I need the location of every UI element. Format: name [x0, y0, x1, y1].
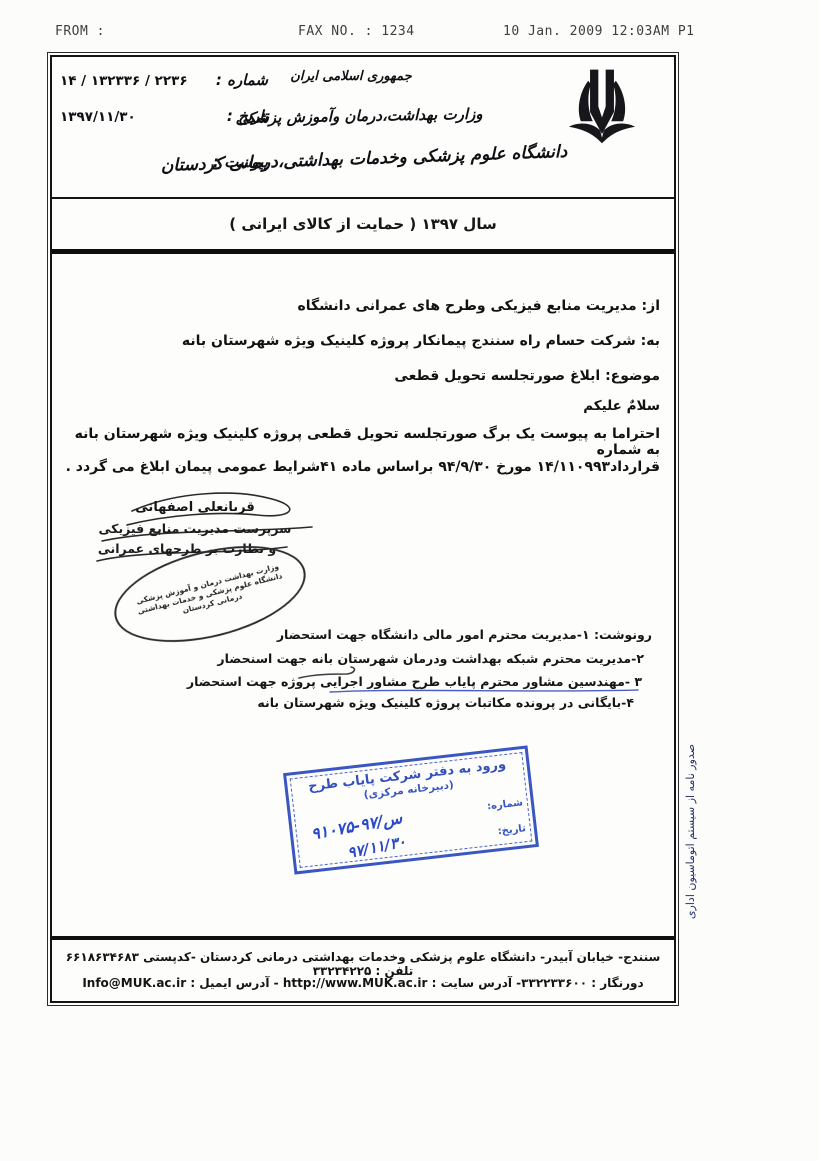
- signer-title-line1: سرپرست مدیریت منابع فیزیکی: [90, 521, 300, 536]
- year-slogan-banner: سال ۱۳۹۷ ( حمایت از کالای ایرانی ): [52, 197, 674, 254]
- letter-date-label: تاریخ :: [227, 107, 268, 125]
- fax-number: FAX NO. : 1234: [298, 24, 415, 39]
- handwritten-check-mark-icon: [297, 664, 359, 686]
- body-paragraph-line1: احتراما به پیوست یک برگ صورتجلسه تحویل ق…: [64, 426, 660, 458]
- letter-number-value: ۲۲۳۶ / ۱۳۲۳۳۶ / ۱۴: [60, 73, 188, 89]
- letter-number-row: شماره : ۲۲۳۶ / ۱۳۲۳۳۶ / ۱۴: [60, 71, 268, 89]
- letter-attachment-label: پیوست :: [213, 153, 268, 171]
- year-slogan-text: سال ۱۳۹۷ ( حمایت از کالای ایرانی ): [229, 215, 496, 233]
- letter-footer: سنندج- خیابان آبیدر- دانشگاه علوم پزشکی …: [52, 936, 674, 1001]
- body-to-line: به: شرکت حسام راه سنندج پیمانکار پروژه ک…: [64, 333, 660, 349]
- fax-from-label: FROM :: [55, 24, 105, 39]
- company-entry-stamp-border: ورود به دفتر شرکت پایاب طرح (دبیرخانه مر…: [290, 752, 533, 868]
- handwritten-blue-underline-icon: [328, 687, 640, 695]
- body-paragraph-line2: قرارداد۱۴/۱۱۰۹۹۳ مورخ ۹۴/۹/۳۰ براساس ماد…: [64, 459, 660, 475]
- letter-frame: جمهوری اسلامی ایران وزارت بهداشت،درمان و…: [47, 52, 679, 1006]
- cc-item-1: رونوشت: ۱-مدیریت محترم امور مالی دانشگاه…: [64, 627, 652, 642]
- body-from-line: از: مدیریت منابع فیزیکی وطرح های عمرانی …: [64, 298, 660, 314]
- footer-website-url: http://www.MUK.ac.ir: [283, 976, 428, 990]
- company-entry-stamp: ورود به دفتر شرکت پایاب طرح (دبیرخانه مر…: [283, 745, 539, 874]
- letter-frame-inner: جمهوری اسلامی ایران وزارت بهداشت،درمان و…: [50, 55, 676, 1003]
- footer-contact-line: دورنگار : ۳۳۲۲۳۳۶۰۰- آدرس سایت : http://…: [60, 976, 666, 990]
- cc-item-4: ۴-بایگانی در پرونده مکاتبات پروژه کلینیک…: [64, 695, 634, 710]
- entry-stamp-date-label: تاریخ:: [497, 823, 526, 837]
- letter-attachment-row: پیوست :: [60, 153, 268, 171]
- body-salutation: سلامٌ علیکم: [64, 398, 660, 414]
- letter-date-row: تاریخ : ۱۳۹۷/۱۱/۳۰: [60, 107, 268, 125]
- letter-number-label: شماره :: [216, 71, 268, 89]
- signer-name: قربانعلی اصفهانی: [100, 500, 290, 515]
- scanned-fax-letter-page: FROM : FAX NO. : 1234 10 Jan. 2009 12:03…: [0, 0, 819, 1161]
- footer-email-address: Info@MUK.ac.ir: [82, 976, 186, 990]
- footer-fax-and-site-label: دورنگار : ۳۳۲۲۳۳۶۰۰- آدرس سایت :: [432, 976, 644, 990]
- automation-side-note: صدور نامه از سیستم اتوماسیون اداری: [684, 744, 697, 940]
- entry-stamp-number-label: شماره:: [487, 797, 524, 812]
- fax-datetime: 10 Jan. 2009 12:03AM P1: [503, 24, 695, 39]
- footer-address-line: سنندج- خیابان آبیدر- دانشگاه علوم پزشکی …: [60, 950, 666, 978]
- letter-date-value: ۱۳۹۷/۱۱/۳۰: [60, 109, 136, 125]
- body-subject-line: موضوع: ابلاغ صورتجلسه تحویل قطعی: [64, 368, 660, 384]
- footer-email-label: - آدرس ایمیل :: [190, 976, 278, 990]
